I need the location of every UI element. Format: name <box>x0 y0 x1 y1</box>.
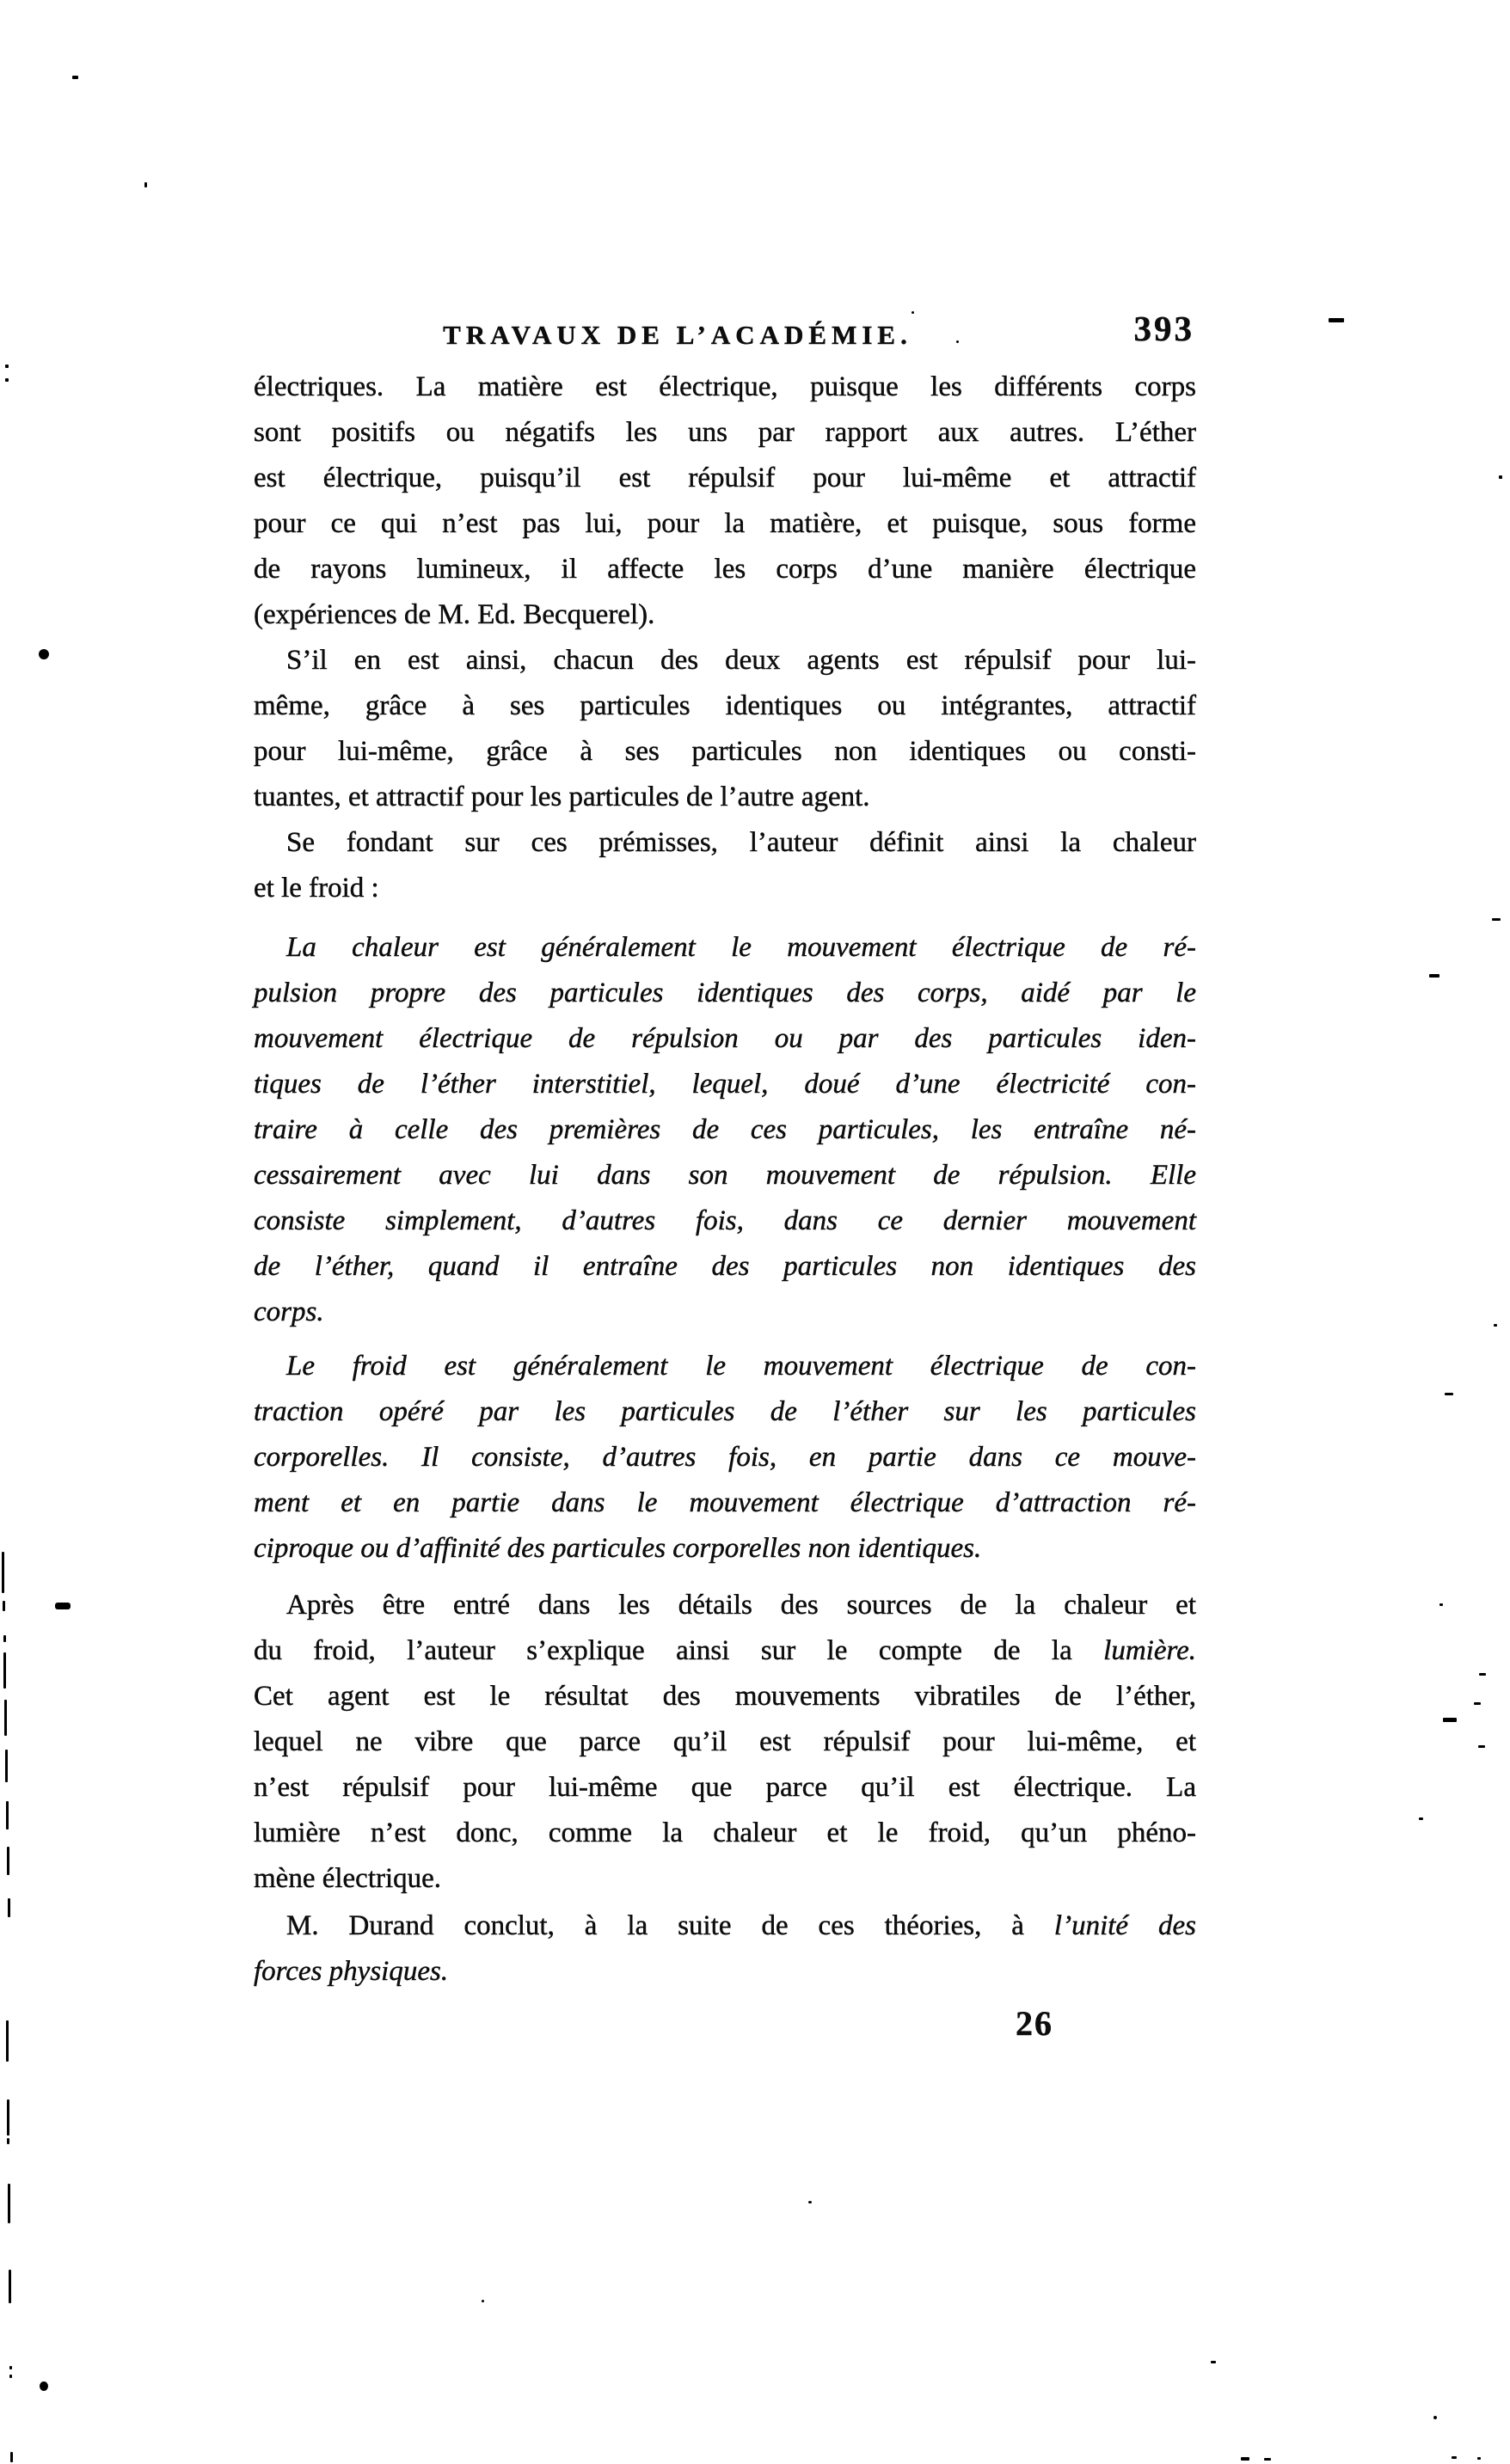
scan-artifact <box>1329 318 1344 322</box>
scan-artifact <box>10 2452 13 2462</box>
italic-text-segment: forces physiques. <box>254 1956 448 1987</box>
text-line: pour ce qui n’est pas lui, pour la matiè… <box>254 501 1196 547</box>
text-line: du froid, l’auteur s’explique ainsi sur … <box>254 1628 1196 1674</box>
scan-artifact <box>1452 2456 1457 2459</box>
text-line: pulsion propre des particules identiques… <box>254 971 1196 1016</box>
scan-artifact <box>5 378 9 382</box>
scan-artifact <box>9 2270 11 2303</box>
scan-artifact <box>1241 2457 1249 2461</box>
paragraph: M. Durand conclut, à la suite de ces thé… <box>254 1903 1196 1995</box>
scan-artifact <box>55 1603 71 1609</box>
running-title: TRAVAUX DE L’ACADÉMIE. <box>254 320 1102 351</box>
text-line: lumière n’est donc, comme la chaleur et … <box>254 1811 1196 1856</box>
text-line: électriques. La matière est électrique, … <box>254 365 1196 410</box>
scan-artifact <box>1494 1324 1497 1327</box>
text-line: mouvement électrique de répulsion ou par… <box>254 1016 1196 1062</box>
page-body: électriques. La matière est électrique, … <box>254 365 1196 1995</box>
text-line: tiques de l’éther interstitiel, lequel, … <box>254 1062 1196 1107</box>
scan-artifact <box>9 2375 12 2378</box>
scan-artifact <box>1443 1718 1457 1722</box>
scan-artifact <box>1264 2458 1271 2461</box>
text-line: Cet agent est le résultat des mouvements… <box>254 1674 1196 1719</box>
text-line: corps. <box>254 1290 1196 1335</box>
scan-artifact <box>1419 1817 1423 1820</box>
scan-artifact <box>1499 475 1502 479</box>
text-line: et le froid : <box>254 866 1196 911</box>
text-line: Le froid est généralement le mouvement é… <box>254 1344 1196 1389</box>
text-segment: du froid, l’auteur s’explique ainsi sur … <box>254 1635 1103 1666</box>
paragraph: Le froid est généralement le mouvement é… <box>254 1344 1196 1572</box>
text-line: corporelles. Il consiste, d’autres fois,… <box>254 1435 1196 1480</box>
text-line: de l’éther, quand il entraîne des partic… <box>254 1244 1196 1290</box>
scan-artifact <box>1474 1702 1481 1705</box>
scan-artifact <box>4 1700 7 1736</box>
paragraph: Se fondant sur ces prémisses, l’auteur d… <box>254 820 1196 911</box>
paragraph: Après être entré dans les détails des so… <box>254 1583 1196 1902</box>
text-line: traction opéré par les particules de l’é… <box>254 1389 1196 1435</box>
paragraph: S’il en est ainsi, chacun des deux agent… <box>254 638 1196 820</box>
scan-artifact <box>808 2201 812 2204</box>
scan-artifact <box>1478 1745 1485 1748</box>
text-segment: M. Durand conclut, à la suite de ces thé… <box>286 1910 1054 1941</box>
text-line: (expériences de M. Ed. Becquerel). <box>254 592 1196 638</box>
scan-artifact <box>6 2020 9 2062</box>
signature-mark: 26 <box>993 2003 1076 2044</box>
scan-artifact <box>7 2099 9 2136</box>
text-line: forces physiques. <box>254 1949 1196 1995</box>
text-line: de rayons lumineux, il affecte les corps… <box>254 547 1196 592</box>
scan-artifact <box>8 1898 10 1917</box>
text-line: Après être entré dans les détails des so… <box>254 1583 1196 1628</box>
scan-artifact <box>3 1601 5 1611</box>
text-line: consiste simplement, d’autres fois, dans… <box>254 1198 1196 1244</box>
italic-text-segment: l’unité des <box>1054 1910 1196 1941</box>
text-line: tuantes, et attractif pour les particule… <box>254 775 1196 820</box>
text-line: sont positifs ou négatifs les uns par ra… <box>254 410 1196 456</box>
scan-artifact <box>8 2184 10 2223</box>
scan-artifact <box>1479 1673 1486 1676</box>
page-header: TRAVAUX DE L’ACADÉMIE. 393 <box>254 315 1196 363</box>
scan-artifact <box>912 311 914 314</box>
text-line: même, grâce à ses particules identiques … <box>254 683 1196 729</box>
scan-artifact <box>5 1750 8 1782</box>
scan-artifact <box>40 2381 48 2391</box>
scan-artifact <box>5 365 9 368</box>
scan-artifact <box>1445 1393 1453 1395</box>
paragraph: La chaleur est généralement le mouvement… <box>254 925 1196 1335</box>
text-line: mène électrique. <box>254 1856 1196 1902</box>
text-line: M. Durand conclut, à la suite de ces thé… <box>254 1903 1196 1949</box>
text-line: est électrique, puisqu’il est répulsif p… <box>254 456 1196 501</box>
text-line: pour lui-même, grâce à ses particules no… <box>254 729 1196 775</box>
scan-artifact <box>1492 918 1501 921</box>
text-line: cessairement avec lui dans son mouvement… <box>254 1153 1196 1198</box>
scan-artifact <box>39 649 49 659</box>
scan-artifact <box>72 76 78 79</box>
scan-artifact <box>2 1552 4 1593</box>
book-page: TRAVAUX DE L’ACADÉMIE. 393 électriques. … <box>0 0 1510 2464</box>
text-line: lequel ne vibre que parce qu’il est répu… <box>254 1719 1196 1765</box>
scan-artifact <box>1477 2457 1481 2460</box>
text-line: La chaleur est généralement le mouvement… <box>254 925 1196 971</box>
italic-text-segment: lumière. <box>1103 1635 1196 1666</box>
scan-artifact <box>956 340 959 343</box>
page-number: 393 <box>1134 308 1195 349</box>
paragraph: électriques. La matière est électrique, … <box>254 365 1196 638</box>
text-line: S’il en est ainsi, chacun des deux agent… <box>254 638 1196 683</box>
text-line: ment et en partie dans le mouvement élec… <box>254 1480 1196 1526</box>
scan-artifact <box>7 1847 9 1875</box>
scan-artifact <box>1439 1603 1443 1606</box>
text-line: ciproque ou d’affinité des particules co… <box>254 1526 1196 1572</box>
scan-artifact <box>3 1652 6 1689</box>
text-line: traire à celle des premières de ces part… <box>254 1107 1196 1153</box>
scan-artifact <box>1429 974 1439 978</box>
scan-artifact <box>1211 2361 1216 2363</box>
scan-artifact <box>9 2366 12 2369</box>
text-line: Se fondant sur ces prémisses, l’auteur d… <box>254 820 1196 866</box>
scan-artifact <box>1433 2416 1437 2419</box>
scan-artifact <box>144 182 147 187</box>
scan-artifact <box>6 1801 9 1830</box>
scan-artifact <box>482 2300 484 2302</box>
scan-artifact <box>7 2138 9 2144</box>
scan-artifact <box>3 1635 6 1642</box>
text-line: n’est répulsif pour lui-même que parce q… <box>254 1765 1196 1811</box>
